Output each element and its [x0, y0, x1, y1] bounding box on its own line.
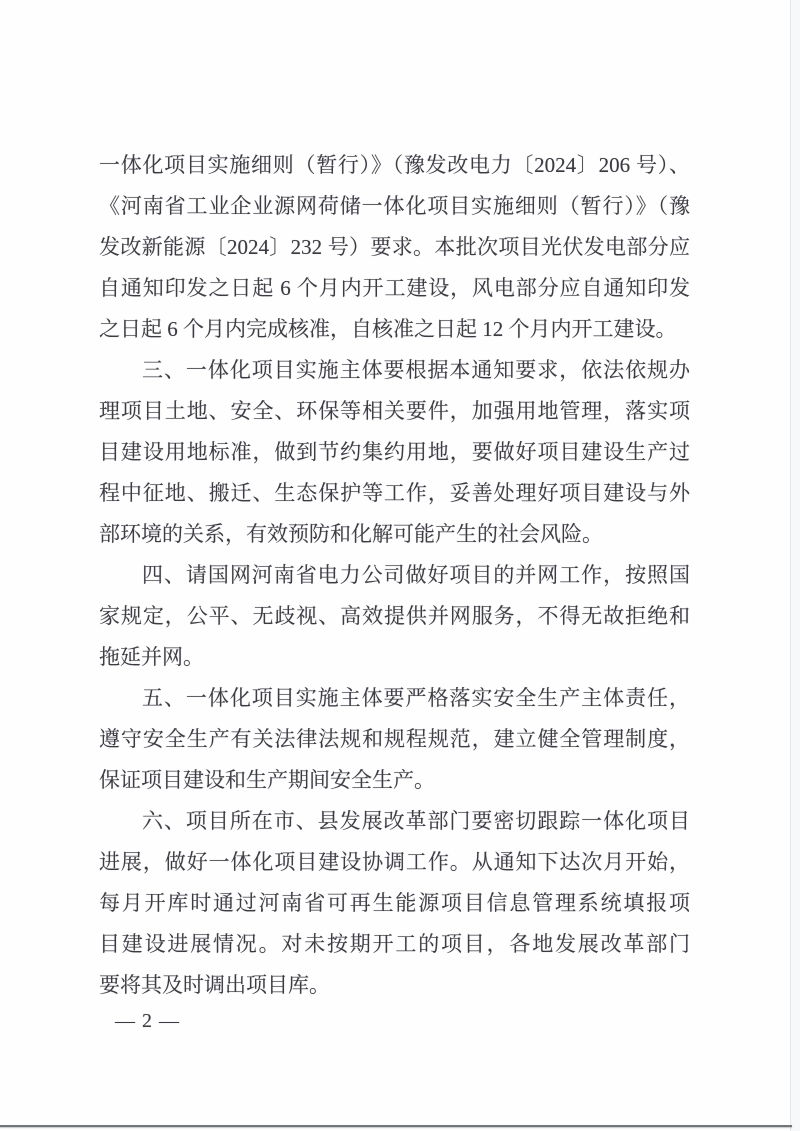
text-line-9: 程中征地、搬迁、生态保护等工作，妥善处理好项目建设与外: [99, 473, 690, 514]
text-line-8: 目建设用地标准，做到节约集约用地，要做好项目建设生产过: [99, 432, 690, 473]
text-line-14: 五、一体化项目实施主体要严格落实安全生产主体责任，: [99, 678, 690, 719]
text-line-1: 一体化项目实施细则（暂行）》（豫发改电力〔2024〕206 号）、: [99, 145, 690, 186]
text-line-5: 之日起 6 个月内完成核准，自核准之日起 12 个月内开工建设。: [99, 309, 690, 350]
text-line-12: 家规定，公平、无歧视、高效提供并网服务，不得无故拒绝和: [99, 596, 690, 637]
text-line-11: 四、请国网河南省电力公司做好项目的并网工作，按照国: [99, 555, 690, 596]
document-body: 一体化项目实施细则（暂行）》（豫发改电力〔2024〕206 号）、《河南省工业企…: [99, 145, 690, 1006]
scan-right-edge-strip: [790, 0, 800, 1131]
text-line-18: 进展，做好一体化项目建设协调工作。从通知下达次月开始，: [99, 842, 690, 883]
text-line-6: 三、一体化项目实施主体要根据本通知要求，依法依规办: [99, 350, 690, 391]
text-line-19: 每月开库时通过河南省可再生能源项目信息管理系统填报项: [99, 883, 690, 924]
text-line-16: 保证项目建设和生产期间安全生产。: [99, 760, 690, 801]
text-line-2: 《河南省工业企业源网荷储一体化项目实施细则（暂行）》（豫: [99, 186, 690, 227]
page-number: — 2 —: [115, 1007, 180, 1035]
text-line-13: 拖延并网。: [99, 637, 690, 678]
text-line-3: 发改新能源〔2024〕232 号）要求。本批次项目光伏发电部分应: [99, 227, 690, 268]
text-line-7: 理项目土地、安全、环保等相关要件，加强用地管理，落实项: [99, 391, 690, 432]
text-line-15: 遵守安全生产有关法律法规和规程规范，建立健全管理制度，: [99, 719, 690, 760]
text-line-20: 目建设进展情况。对未按期开工的项目，各地发展改革部门: [99, 924, 690, 965]
scan-bottom-edge-line: [0, 1125, 792, 1127]
text-line-4: 自通知印发之日起 6 个月内开工建设，风电部分应自通知印发: [99, 268, 690, 309]
scanned-document-page: 一体化项目实施细则（暂行）》（豫发改电力〔2024〕206 号）、《河南省工业企…: [0, 0, 800, 1131]
text-line-17: 六、项目所在市、县发展改革部门要密切跟踪一体化项目: [99, 801, 690, 842]
text-line-21: 要将其及时调出项目库。: [99, 965, 690, 1006]
text-line-10: 部环境的关系，有效预防和化解可能产生的社会风险。: [99, 514, 690, 555]
